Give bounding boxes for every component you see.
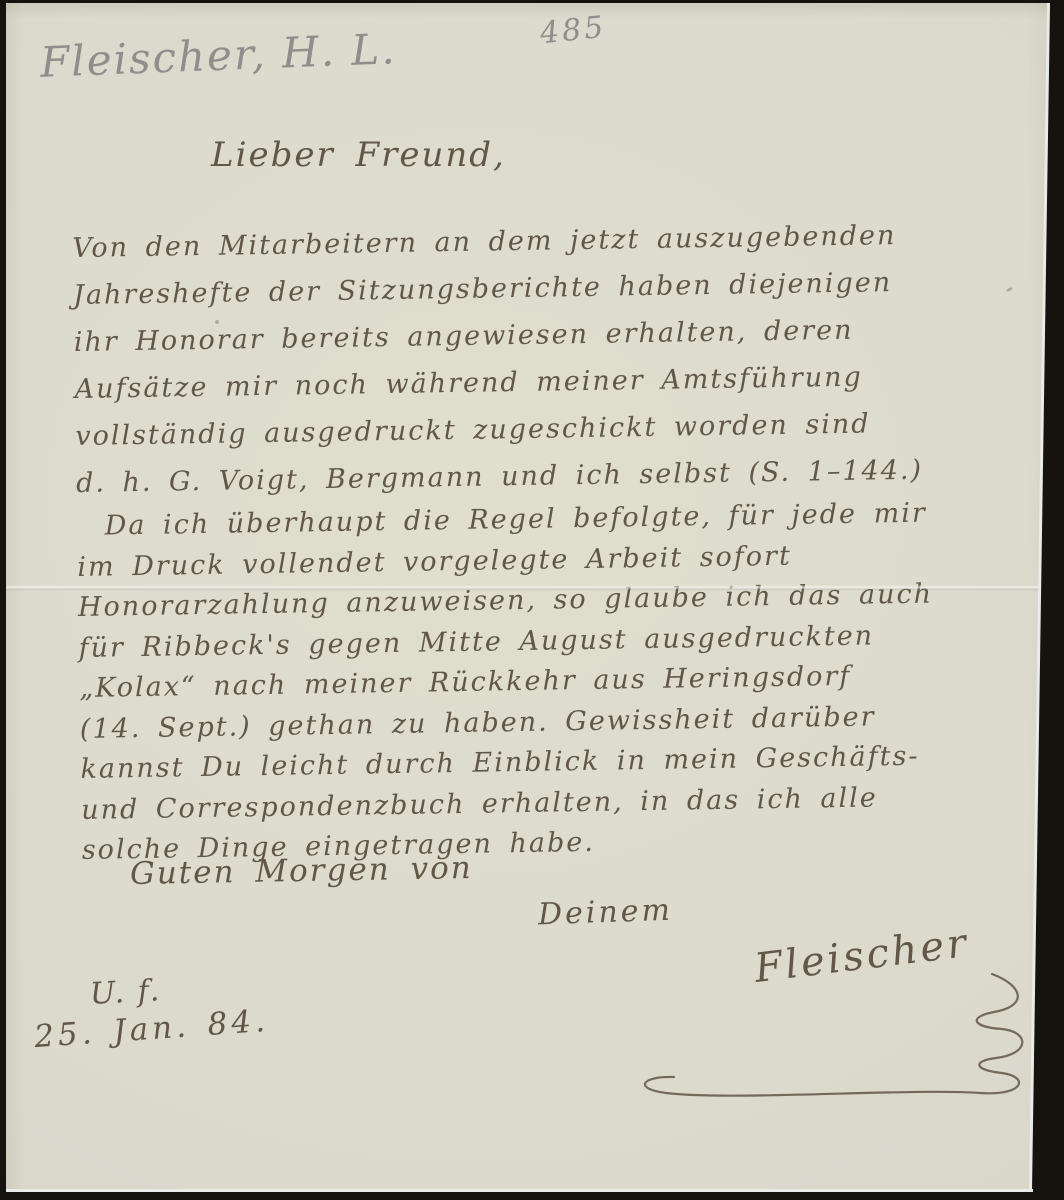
pencil-folio-number: 485 [538, 10, 608, 52]
letter-paper-sheet: Fleischer, H. L. 485 Lieber Freund, Von … [6, 3, 1050, 1192]
postscript-initials: U. f. [89, 973, 162, 1012]
letter-closing-line: Guten Morgen von [130, 850, 473, 892]
letter-valediction: Deinem [537, 893, 673, 933]
scan-backdrop: { "document_kind": "scanned handwritten … [0, 0, 1064, 1200]
signature-flourish [610, 930, 1046, 1108]
letter-paragraph-1: Von den Mitarbeitern an dem jetzt auszug… [72, 210, 1028, 507]
letter-date: 25. Jan. 84. [33, 1003, 270, 1055]
letter-salutation: Lieber Freund, [211, 135, 506, 175]
letter-paragraph-2: Da ich überhaupt die Regel befolgte, für… [76, 492, 1034, 871]
paper-fold-crease [6, 585, 1040, 591]
paper-edge-highlight-bottom [6, 1189, 1033, 1192]
letter-body: Von den Mitarbeitern an dem jetzt auszug… [72, 210, 1034, 871]
pencil-author-annotation: Fleischer, H. L. [39, 24, 397, 87]
paper-speck [215, 320, 219, 324]
